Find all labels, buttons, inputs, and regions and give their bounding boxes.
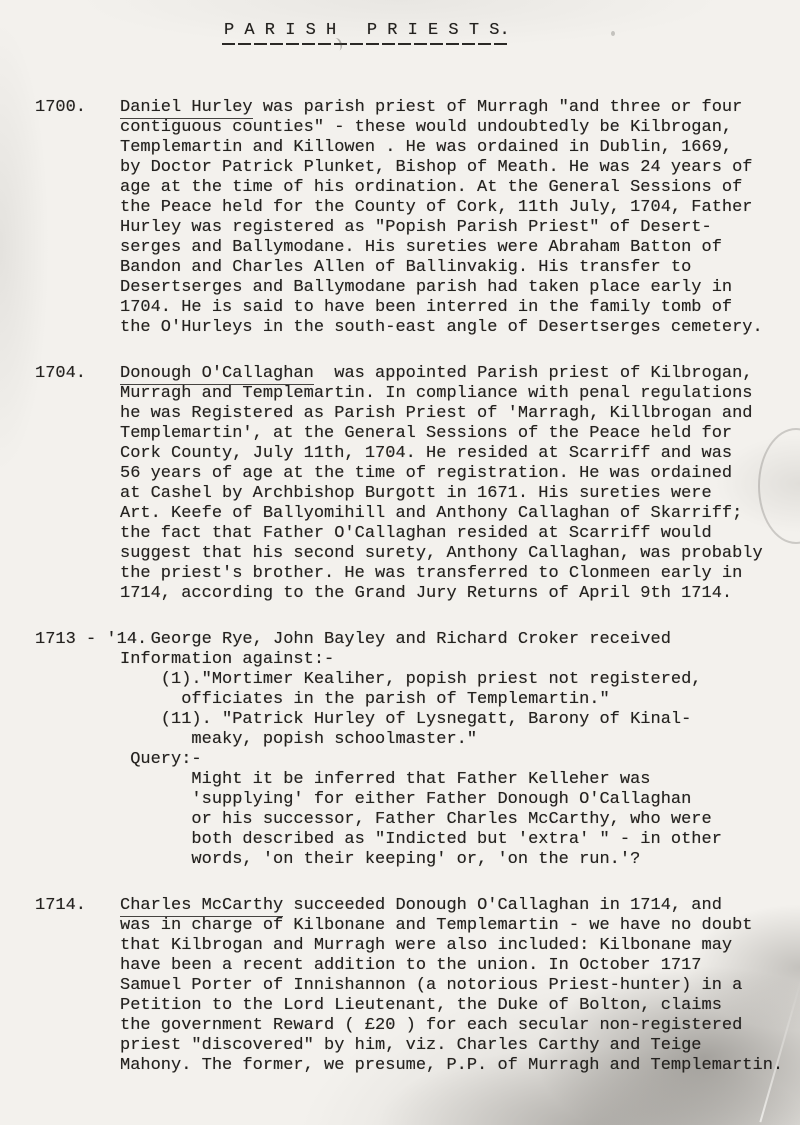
text-line: Query:-	[120, 750, 800, 770]
text-line: Murragh and Templemartin. In compliance …	[120, 384, 800, 404]
text-line: he was Registered as Parish Priest of 'M…	[120, 404, 800, 424]
entry-year: 1700.	[35, 98, 86, 117]
text-line: serges and Ballymodane. His sureties wer…	[120, 238, 800, 258]
text-line: the government Reward ( £20 ) for each s…	[120, 1016, 800, 1036]
text-line: (11). "Patrick Hurley of Lysnegatt, Baro…	[120, 710, 800, 730]
entry: 1714.Charles McCarthy succeeded Donough …	[35, 896, 800, 1076]
entry-text: Charles McCarthy succeeded Donough O'Cal…	[120, 896, 800, 1076]
text-line: the fact that Father O'Callaghan resided…	[120, 524, 800, 544]
text-line: (1)."Mortimer Kealiher, popish priest no…	[120, 670, 800, 690]
text-line: 56 years of age at the time of registrat…	[120, 464, 800, 484]
entry-year: 1714.	[35, 896, 86, 915]
text-line: Daniel Hurley was parish priest of Murra…	[120, 98, 800, 118]
text-line: 1704. He is said to have been interred i…	[120, 298, 800, 318]
underlined-name: Donough O'Callaghan	[120, 364, 314, 385]
text-line: Mahony. The former, we presume, P.P. of …	[120, 1056, 800, 1076]
entry-year: 1704.	[35, 364, 86, 383]
text-line: the priest's brother. He was transferred…	[120, 564, 800, 584]
text-line: 'supplying' for either Father Donough O'…	[120, 790, 800, 810]
underlined-name: Daniel Hurley	[120, 98, 253, 119]
text-line: Might it be inferred that Father Kellehe…	[120, 770, 800, 790]
entry-year: 1713 - '14.	[35, 630, 147, 649]
underlined-name: Charles McCarthy	[120, 896, 283, 917]
scanned-document-page: P A R I S H P R I E S T S. 1700.Daniel H…	[0, 0, 800, 1125]
text-line: was in charge of Kilbonane and Templemar…	[120, 916, 800, 936]
page-title: P A R I S H P R I E S T S.	[224, 21, 510, 40]
text-line: Samuel Porter of Innishannon (a notoriou…	[120, 976, 800, 996]
entry-text: Donough O'Callaghan was appointed Parish…	[120, 364, 800, 604]
text-line: meaky, popish schoolmaster."	[120, 730, 800, 750]
text-line: Templemartin and Killowen . He was ordai…	[120, 138, 800, 158]
text-line: priest "discovered" by him, viz. Charles…	[120, 1036, 800, 1056]
text-line: or his successor, Father Charles McCarth…	[120, 810, 800, 830]
text-line: Bandon and Charles Allen of Ballinvakig.…	[120, 258, 800, 278]
entry: 1713 - '14. George Rye, John Bayley and …	[35, 630, 800, 870]
entry-text: George Rye, John Bayley and Richard Crok…	[120, 630, 800, 870]
text-line: Templemartin', at the General Sessions o…	[120, 424, 800, 444]
entry-text: Daniel Hurley was parish priest of Murra…	[120, 98, 800, 338]
text-line: both described as "Indicted but 'extra' …	[120, 830, 800, 850]
text-line: Desertserges and Ballymodane parish had …	[120, 278, 800, 298]
text-line: by Doctor Patrick Plunket, Bishop of Mea…	[120, 158, 800, 178]
text-line: the O'Hurleys in the south-east angle of…	[120, 318, 800, 338]
entries: 1700.Daniel Hurley was parish priest of …	[35, 98, 800, 1076]
entry: 1704.Donough O'Callaghan was appointed P…	[35, 364, 800, 604]
text-line: Hurley was registered as "Popish Parish …	[120, 218, 800, 238]
text-line: Art. Keefe of Ballyomihill and Anthony C…	[120, 504, 800, 524]
text-line: 1714, according to the Grand Jury Return…	[120, 584, 800, 604]
text-line: at Cashel by Archbishop Burgott in 1671.…	[120, 484, 800, 504]
text-line: that Kilbrogan and Murragh were also inc…	[120, 936, 800, 956]
text-line: contiguous counties" - these would undou…	[120, 118, 800, 138]
scan-speck-dot	[611, 31, 615, 36]
text-line: George Rye, John Bayley and Richard Crok…	[120, 630, 800, 650]
text-line: Petition to the Lord Lieutenant, the Duk…	[120, 996, 800, 1016]
text-line: words, 'on their keeping' or, 'on the ru…	[120, 850, 800, 870]
text-line: Cork County, July 11th, 1704. He resided…	[120, 444, 800, 464]
text-line: officiates in the parish of Templemartin…	[120, 690, 800, 710]
text-line: Charles McCarthy succeeded Donough O'Cal…	[120, 896, 800, 916]
text-line: have been a recent addition to the union…	[120, 956, 800, 976]
entry: 1700.Daniel Hurley was parish priest of …	[35, 98, 800, 338]
text-line: Donough O'Callaghan was appointed Parish…	[120, 364, 800, 384]
text-line: age at the time of his ordination. At th…	[120, 178, 800, 198]
text-line: Information against:-	[120, 650, 800, 670]
text-line: suggest that his second surety, Anthony …	[120, 544, 800, 564]
text-line: the Peace held for the County of Cork, 1…	[120, 198, 800, 218]
